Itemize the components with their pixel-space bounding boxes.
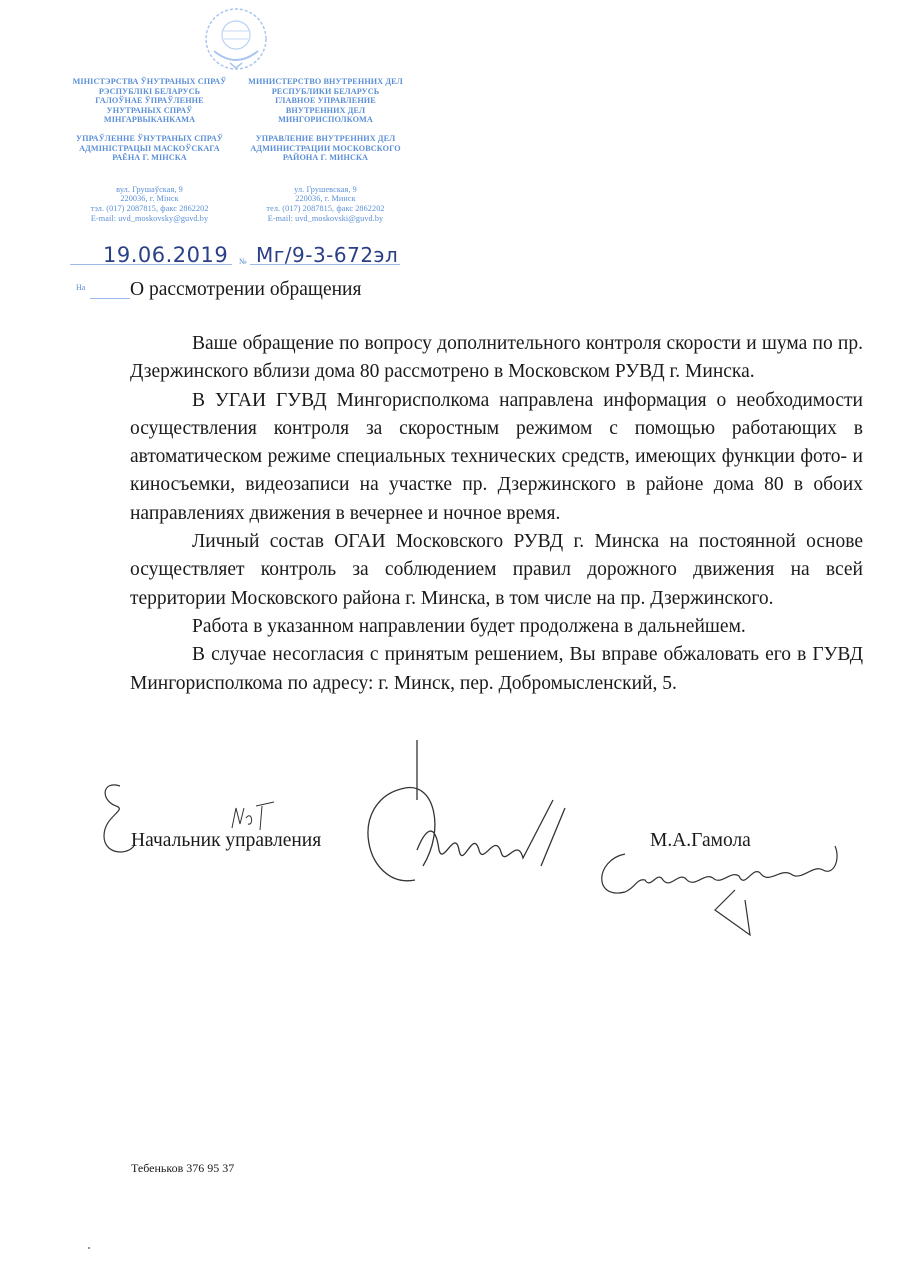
body-paragraph: Ваше обращение по вопросу дополнительног…	[130, 330, 863, 387]
letterhead-line: УНУТРАНЫХ СПРАЎ	[62, 106, 237, 116]
letterhead-address-line: тел. (017) 2087815, факс 2862202	[238, 204, 413, 214]
letterhead-line: ВНУТРЕННИХ ДЕЛ	[238, 106, 413, 116]
letterhead-line: МИНГОРИСПОЛКОМА	[238, 115, 413, 125]
letterhead-line: МІНІСТЭРСТВА ЎНУТРАНЫХ СПРАЎ	[62, 77, 237, 87]
letterhead-line: ГЛАВНОЕ УПРАВЛЕНИЕ	[238, 96, 413, 106]
letterhead-address-line: ул. Грушевская, 9	[238, 185, 413, 195]
body-paragraph: В случае несогласия с принятым решением,…	[130, 641, 863, 698]
handwritten-reference-number: Мг/9-3-672эл	[256, 243, 398, 267]
letterhead-russian: МИНИСТЕРСТВО ВНУТРЕННИХ ДЕЛ РЕСПУБЛИКИ Б…	[238, 77, 413, 223]
letterhead-email: E-mail: uvd_moskovski@guvd.by	[238, 214, 413, 224]
acknowledgement-signature-icon	[595, 840, 855, 940]
letterhead-line: РЭСПУБЛІКІ БЕЛАРУСЬ	[62, 87, 237, 97]
letterhead-line: МИНИСТЕРСТВО ВНУТРЕННИХ ДЕЛ	[238, 77, 413, 87]
letterhead-line: МІНГАРВЫКАНКАМА	[62, 115, 237, 125]
letterhead-address-line: 220036, г. Минск	[238, 194, 413, 204]
letterhead-dept-line: АДМІНІСТРАЦЫІ МАСКОЎСКАГА	[62, 144, 237, 154]
scan-speck	[88, 1247, 90, 1249]
executor-contact: Тебеньков 376 95 37	[131, 1161, 234, 1176]
signatory-position: Начальник управления	[131, 830, 321, 852]
na-underline	[90, 298, 130, 299]
handwritten-date: 19.06.2019	[103, 243, 228, 267]
letter-body: Ваше обращение по вопросу дополнительног…	[130, 330, 863, 698]
na-label: На	[76, 283, 85, 292]
letterhead-dept-line: РАЙОНА Г. МИНСКА	[238, 153, 413, 163]
initials-scribble-icon	[98, 780, 138, 860]
body-paragraph: Личный состав ОГАИ Московского РУВД г. М…	[130, 528, 863, 613]
letterhead-address-line: тэл. (017) 2087815, факс 2862202	[62, 204, 237, 214]
letterhead-dept-line: УПРАЎЛЕННЕ ЎНУТРАНЫХ СПРАЎ	[62, 134, 237, 144]
letterhead-belarusian: МІНІСТЭРСТВА ЎНУТРАНЫХ СПРАЎ РЭСПУБЛІКІ …	[62, 77, 237, 223]
coat-of-arms-icon	[202, 5, 270, 73]
letterhead-email: E-mail: uvd_moskovsky@guvd.by	[62, 214, 237, 224]
letterhead-address-line: 220036, г. Мінск	[62, 194, 237, 204]
body-paragraph: Работа в указанном направлении будет про…	[130, 613, 863, 641]
letterhead-line: РЕСПУБЛИКИ БЕЛАРУСЬ	[238, 87, 413, 97]
letterhead-line: ГАЛОЎНАЕ ЎПРАЎЛЕННЕ	[62, 96, 237, 106]
letter-subject: О рассмотрении обращения	[130, 279, 361, 301]
body-paragraph: В УГАИ ГУВД Мингорисполкома направлена и…	[130, 387, 863, 528]
letterhead-dept-line: РАЁНА Г. МІНСКА	[62, 153, 237, 163]
number-label: №	[239, 257, 247, 266]
letterhead-address-line: вул. Грушаўская, 9	[62, 185, 237, 195]
letterhead-dept-line: УПРАВЛЕНИЕ ВНУТРЕННИХ ДЕЛ	[238, 134, 413, 144]
signature-icon	[355, 740, 585, 890]
letterhead-dept-line: АДМИНИСТРАЦИИ МОСКОВСКОГО	[238, 144, 413, 154]
annotation-scribble-icon	[230, 800, 280, 840]
